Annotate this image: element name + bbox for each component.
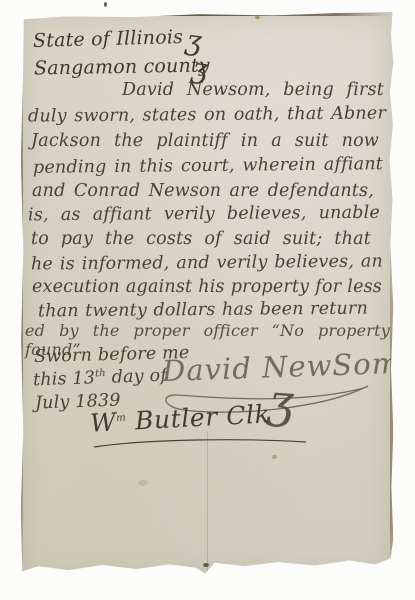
stain-speck [272, 455, 277, 459]
manuscript-line: David Newsom, being first [122, 80, 384, 100]
paper-crease [207, 432, 208, 582]
manuscript-line: execution against his property for less [32, 277, 382, 297]
manuscript-line: is, as affiant verily believes, unable [28, 203, 380, 225]
stain-speck [203, 563, 209, 567]
heading-county: Sangamon county [34, 54, 210, 79]
clerk-signature-text: Butler Clk [126, 399, 271, 435]
manuscript-line: he is informed, and verily believes, an [31, 251, 383, 274]
scanned-document-page: State of Illinois ʒ Sangamon county ʒ Da… [0, 0, 415, 600]
manuscript-line: and Conrad Newson are defendants, [32, 181, 374, 201]
manuscript-line: Jackson the plaintiff in a suit now [31, 131, 379, 151]
clerk-signature-text: W [89, 407, 117, 437]
manuscript-line: duly sworn, states on oath, that Abner [28, 103, 386, 126]
clerk-underline-flourish [92, 436, 310, 450]
heading-state: State of Illinois [33, 26, 184, 52]
stain-speck [104, 2, 107, 7]
manuscript-line: pending in this court, wherein affiant [33, 154, 383, 178]
manuscript-paper: State of Illinois ʒ Sangamon county ʒ Da… [20, 12, 394, 578]
paper-fold-right-edge [390, 227, 393, 555]
paper-torn-top-edge [27, 13, 390, 16]
jurat-date-text: this 13 [33, 368, 96, 390]
manuscript-line: than twenty dollars has been return [38, 299, 368, 322]
stain-speck [255, 16, 260, 19]
manuscript-line: to pay the costs of said suit; that [31, 229, 371, 249]
jurat-date-superscript: th [95, 368, 106, 379]
stain-speck [138, 480, 148, 486]
paper-fold-left-edge [21, 23, 23, 561]
jurat-line: this 13th day of [33, 366, 168, 391]
